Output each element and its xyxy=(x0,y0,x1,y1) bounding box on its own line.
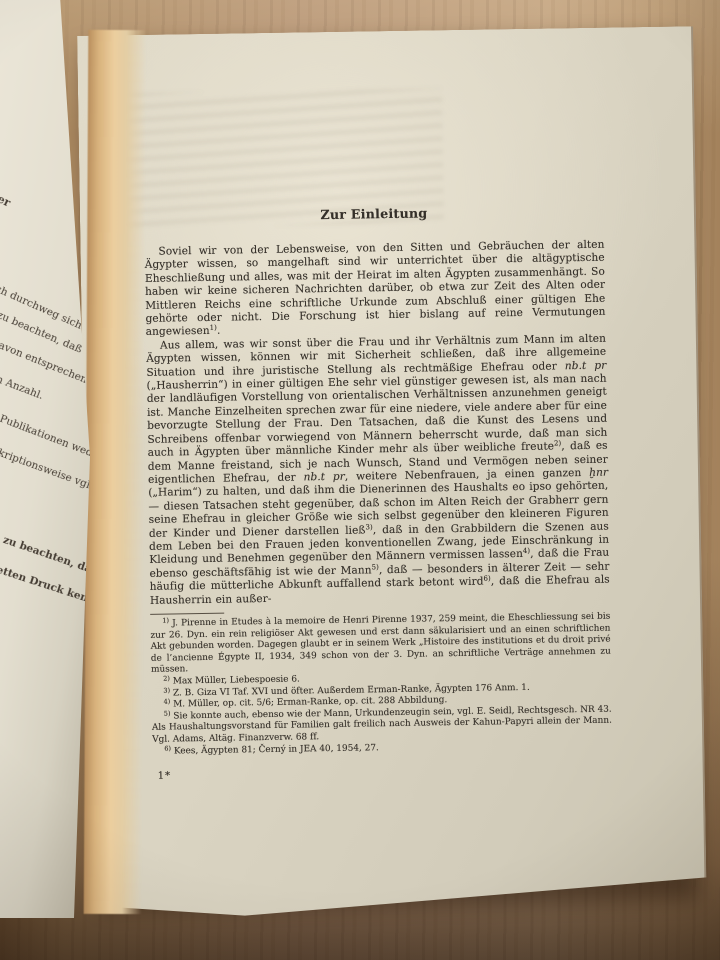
footnote-text: Sie konnte auch, ebenso wie der Mann, Ur… xyxy=(152,704,612,744)
paragraph-text: („Hausherrin“) in einer gültigen Ehe seh… xyxy=(147,373,608,459)
footnote-text: Kees, Ägypten 81; Černý in JEA 40, 1954,… xyxy=(171,743,379,756)
paragraph-text: Aus allem, was wir sonst über die Frau u… xyxy=(146,332,606,378)
page-fore-edge xyxy=(84,30,147,914)
paragraph-1: Soviel wir von der Lebensweise, von den … xyxy=(144,239,605,340)
footnote-ref-2: 2) xyxy=(554,439,561,447)
book-photo: Zur Einleitung Soviel wir von der Lebens… xyxy=(0,0,720,960)
page-content: Zur Einleitung Soviel wir von der Lebens… xyxy=(144,203,613,758)
footnote-separator-rule xyxy=(150,613,224,615)
signature-mark: 1* xyxy=(158,771,172,782)
paragraph-text: . xyxy=(217,325,221,337)
italic-term-hnr: ḫnr xyxy=(589,467,608,479)
footnote-text: J. Pirenne in Etudes à la memoire de Hen… xyxy=(150,612,610,676)
footnote-ref-4: 4) xyxy=(523,547,530,555)
side-page-text-fragment: deren Anzahl. xyxy=(0,364,45,402)
book-page: Zur Einleitung Soviel wir von der Lebens… xyxy=(77,26,707,920)
side-page-text-fragment: benutzer xyxy=(0,175,12,210)
italic-term-nbt-pr: nb.t pr xyxy=(565,359,607,372)
paragraph-2: Aus allem, was wir sonst über die Frau u… xyxy=(146,332,610,607)
footnote-1: 1) J. Pirenne in Etudes à la memoire de … xyxy=(150,612,611,677)
italic-term-nbt-pr: nb.t pr xyxy=(303,471,344,484)
footnote-text: Max Müller, Liebespoesie 6. xyxy=(170,674,300,686)
footnote-ref-3: 3) xyxy=(365,523,372,531)
footnotes-block: 1) J. Pirenne in Etudes à la memoire de … xyxy=(150,612,612,758)
